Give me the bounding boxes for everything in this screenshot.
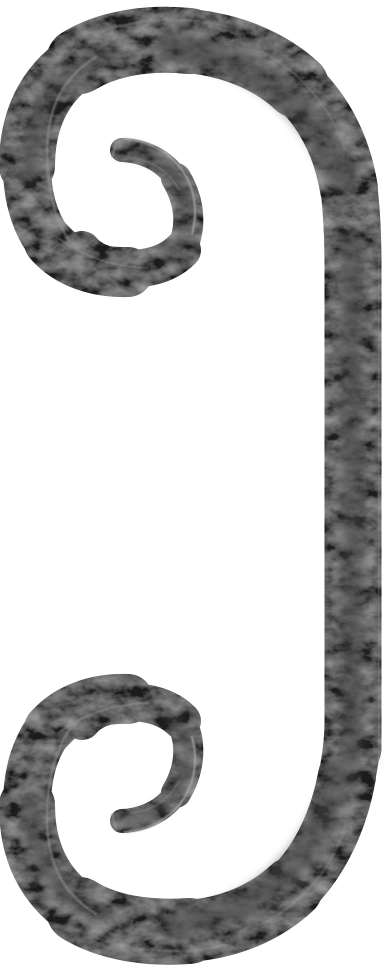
product-photo: Forged wrought iron C-scroll ornamental … xyxy=(0,0,386,978)
c-scroll-image xyxy=(0,0,386,978)
